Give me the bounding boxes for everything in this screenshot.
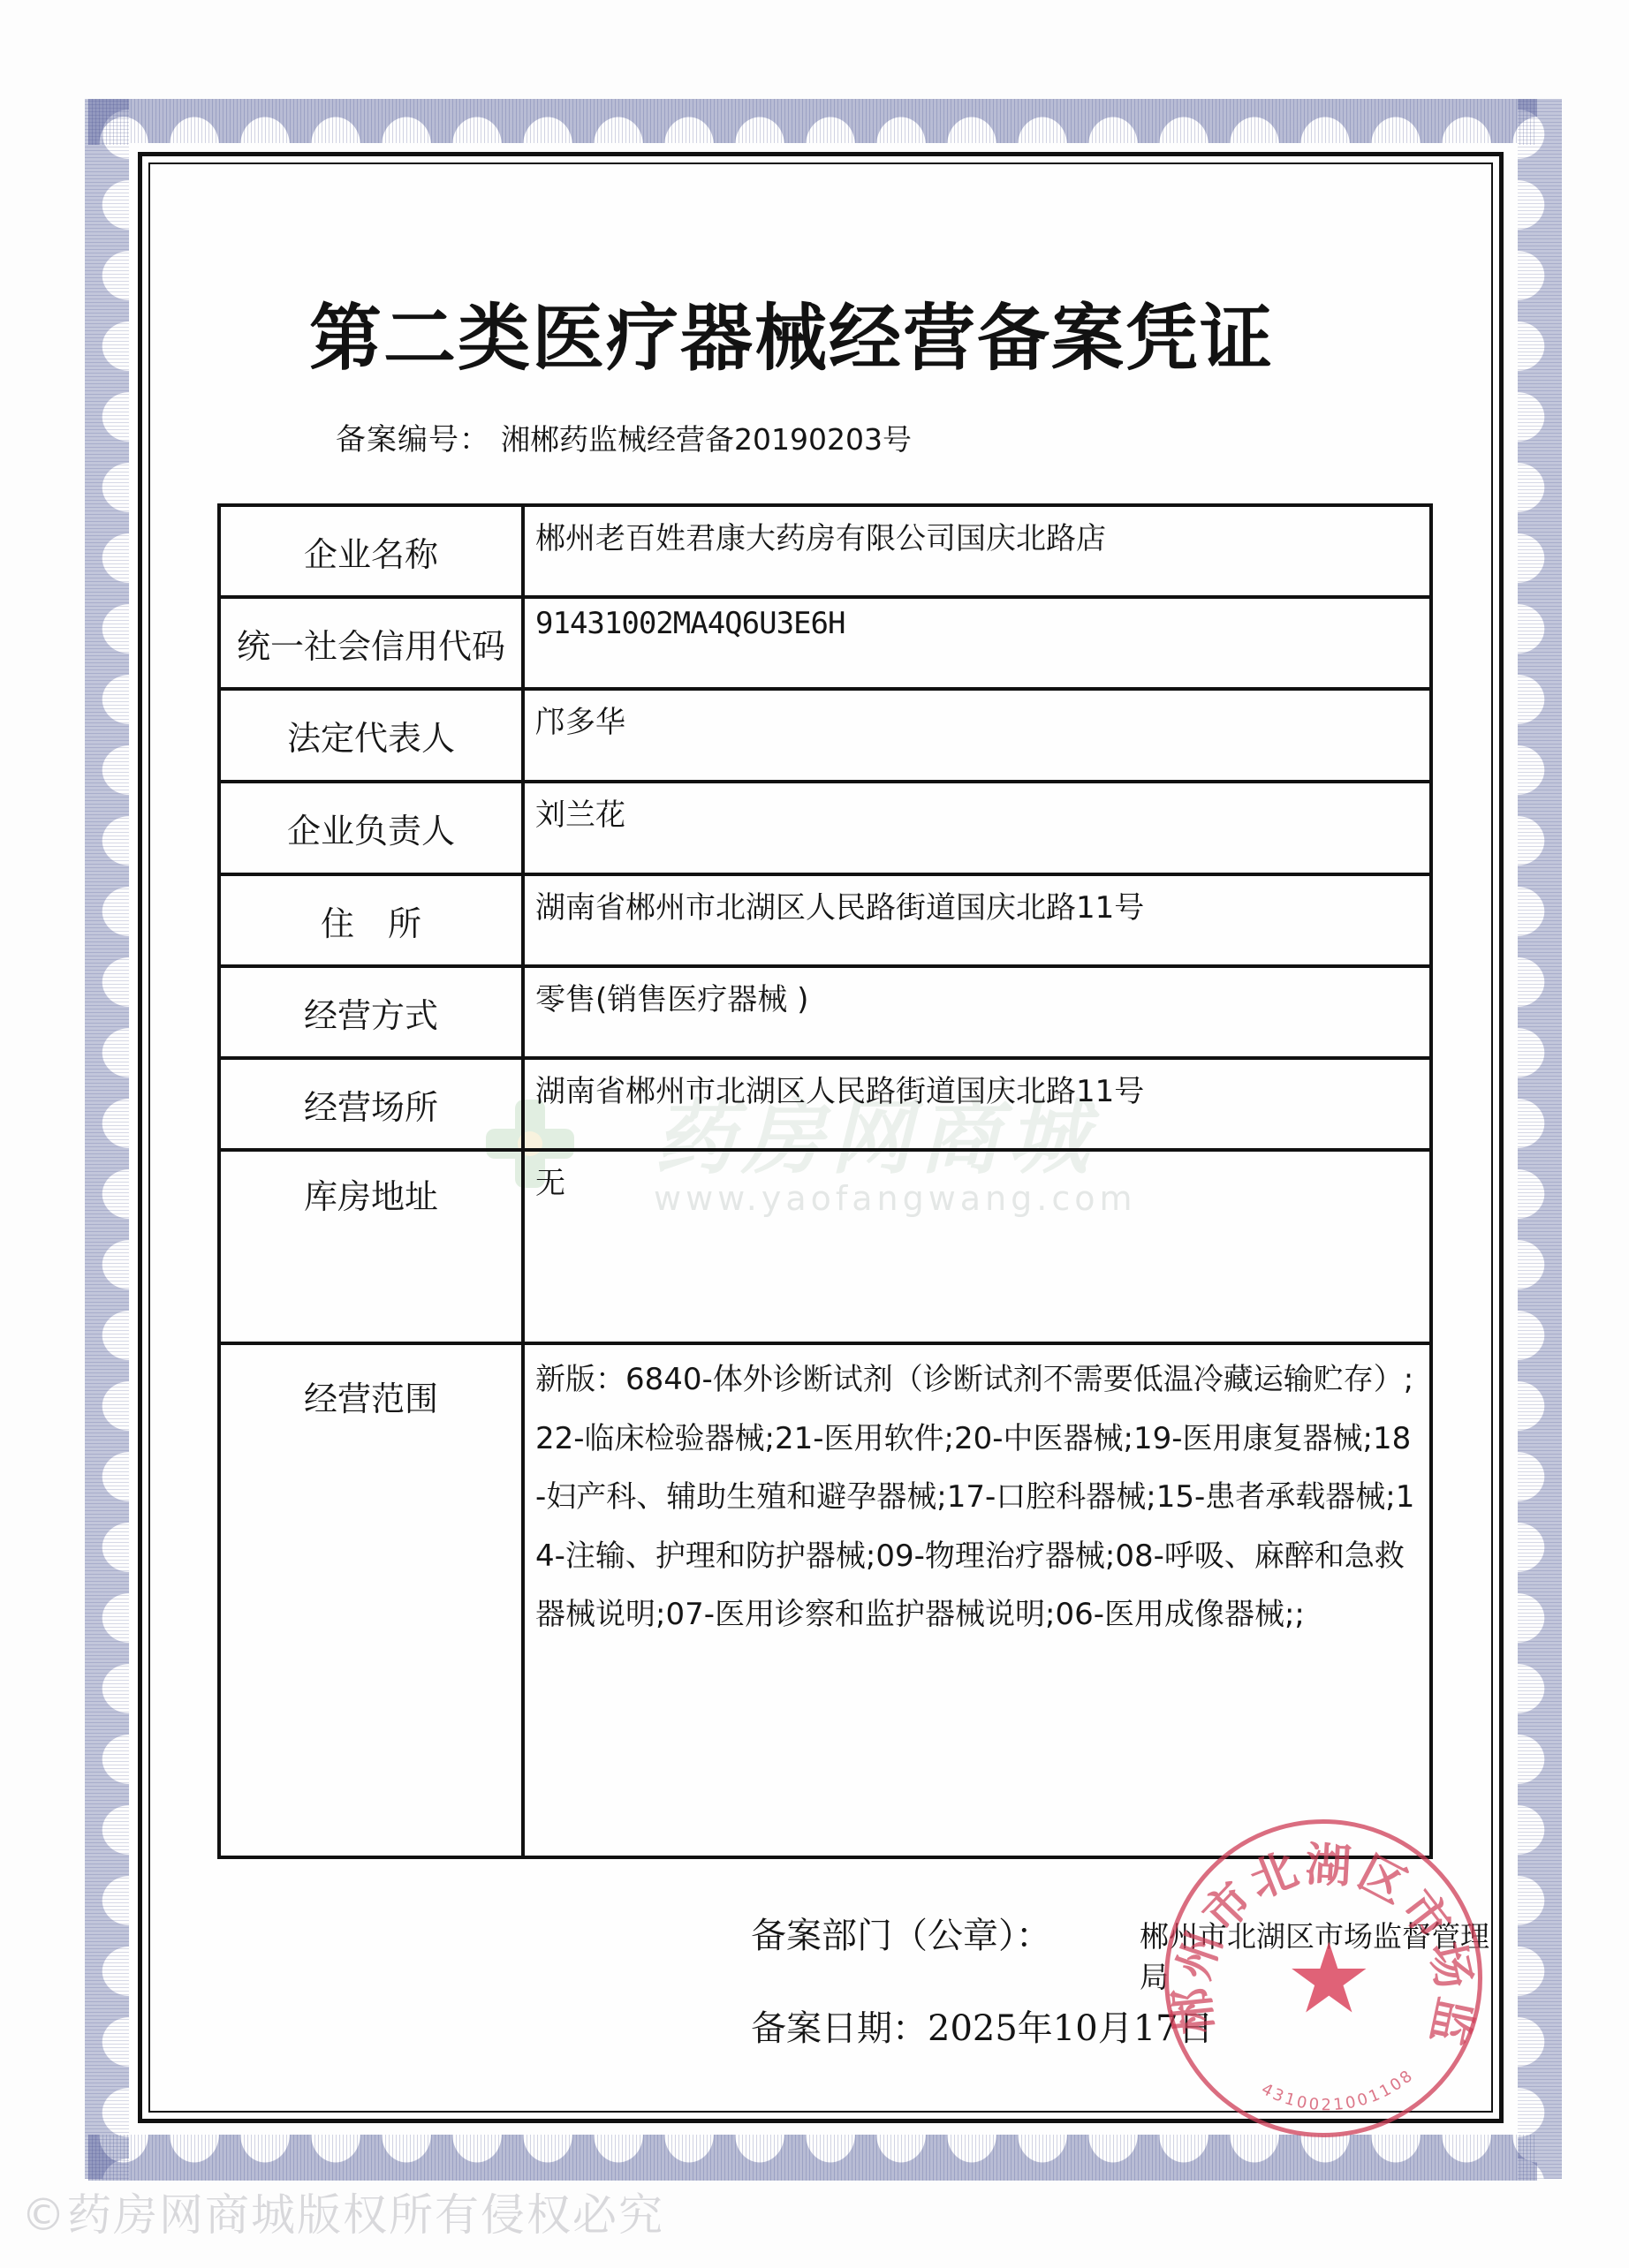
table-row: 企业负责人 刘兰花 <box>219 782 1431 874</box>
field-label: 企业负责人 <box>219 782 523 874</box>
table-row: 住 所 湖南省郴州市北湖区人民路街道国庆北路11号 <box>219 874 1431 966</box>
field-value-warehouse: 无 <box>523 1150 1431 1343</box>
table-row: 企业名称 郴州老百姓君康大药房有限公司国庆北路店 <box>219 505 1431 597</box>
field-label: 经营方式 <box>219 966 523 1058</box>
field-value-company-name: 郴州老百姓君康大药房有限公司国庆北路店 <box>523 505 1431 597</box>
table-row: 经营方式 零售(销售医疗器械 ) <box>219 966 1431 1058</box>
copyright-watermark: ©药房网商城版权所有侵权必究 <box>21 2180 664 2243</box>
record-number-value: 湘郴药监械经营备20190203号 <box>501 422 912 457</box>
table-row: 经营范围 新版：6840-体外诊断试剂（诊断试剂不需要低温冷藏运输贮存）;22-… <box>219 1343 1431 1857</box>
info-table: 企业名称 郴州老百姓君康大药房有限公司国庆北路店 统一社会信用代码 914310… <box>217 503 1433 1859</box>
table-row: 统一社会信用代码 91431002MA4Q6U3E6H <box>219 597 1431 689</box>
field-value-manager: 刘兰花 <box>523 782 1431 874</box>
record-date-line: 备案日期：2025年10月17日 <box>751 2000 1214 2051</box>
field-label: 法定代表人 <box>219 689 523 782</box>
record-date-label: 备案日期： <box>751 2008 928 2049</box>
guilloche-border-top <box>88 99 1537 145</box>
field-value-business-premises: 湖南省郴州市北湖区人民路街道国庆北路11号 <box>523 1058 1431 1150</box>
table-row: 库房地址 无 <box>219 1150 1431 1343</box>
table-row: 法定代表人 邝多华 <box>219 689 1431 782</box>
record-number-label: 备案编号： <box>336 422 490 457</box>
svg-text:4310021001108: 4310021001108 <box>1258 2066 1418 2115</box>
seal-star-icon: ★ <box>1285 1930 1373 2027</box>
field-value-business-scope: 新版：6840-体外诊断试剂（诊断试剂不需要低温冷藏运输贮存）;22-临床检验器… <box>523 1343 1431 1857</box>
guilloche-border-right <box>1518 99 1562 2179</box>
field-label: 库房地址 <box>219 1150 523 1343</box>
field-label: 经营场所 <box>219 1058 523 1150</box>
field-value-business-mode: 零售(销售医疗器械 ) <box>523 966 1431 1058</box>
field-value-credit-code: 91431002MA4Q6U3E6H <box>523 597 1431 689</box>
field-label: 住 所 <box>219 874 523 966</box>
field-label: 统一社会信用代码 <box>219 597 523 689</box>
guilloche-border-bottom <box>88 2135 1537 2181</box>
field-label: 经营范围 <box>219 1343 523 1857</box>
department-label: 备案部门（公章）： <box>751 1908 1051 1958</box>
document-title: 第二类医疗器械经营备案凭证 <box>309 281 1325 384</box>
field-label: 企业名称 <box>219 505 523 597</box>
field-value-domicile: 湖南省郴州市北湖区人民路街道国庆北路11号 <box>523 874 1431 966</box>
record-number-line: 备案编号：湘郴药监械经营备20190203号 <box>336 415 912 458</box>
table-row: 经营场所 湖南省郴州市北湖区人民路街道国庆北路11号 <box>219 1058 1431 1150</box>
guilloche-border-left <box>85 99 129 2179</box>
field-value-legal-rep: 邝多华 <box>523 689 1431 782</box>
